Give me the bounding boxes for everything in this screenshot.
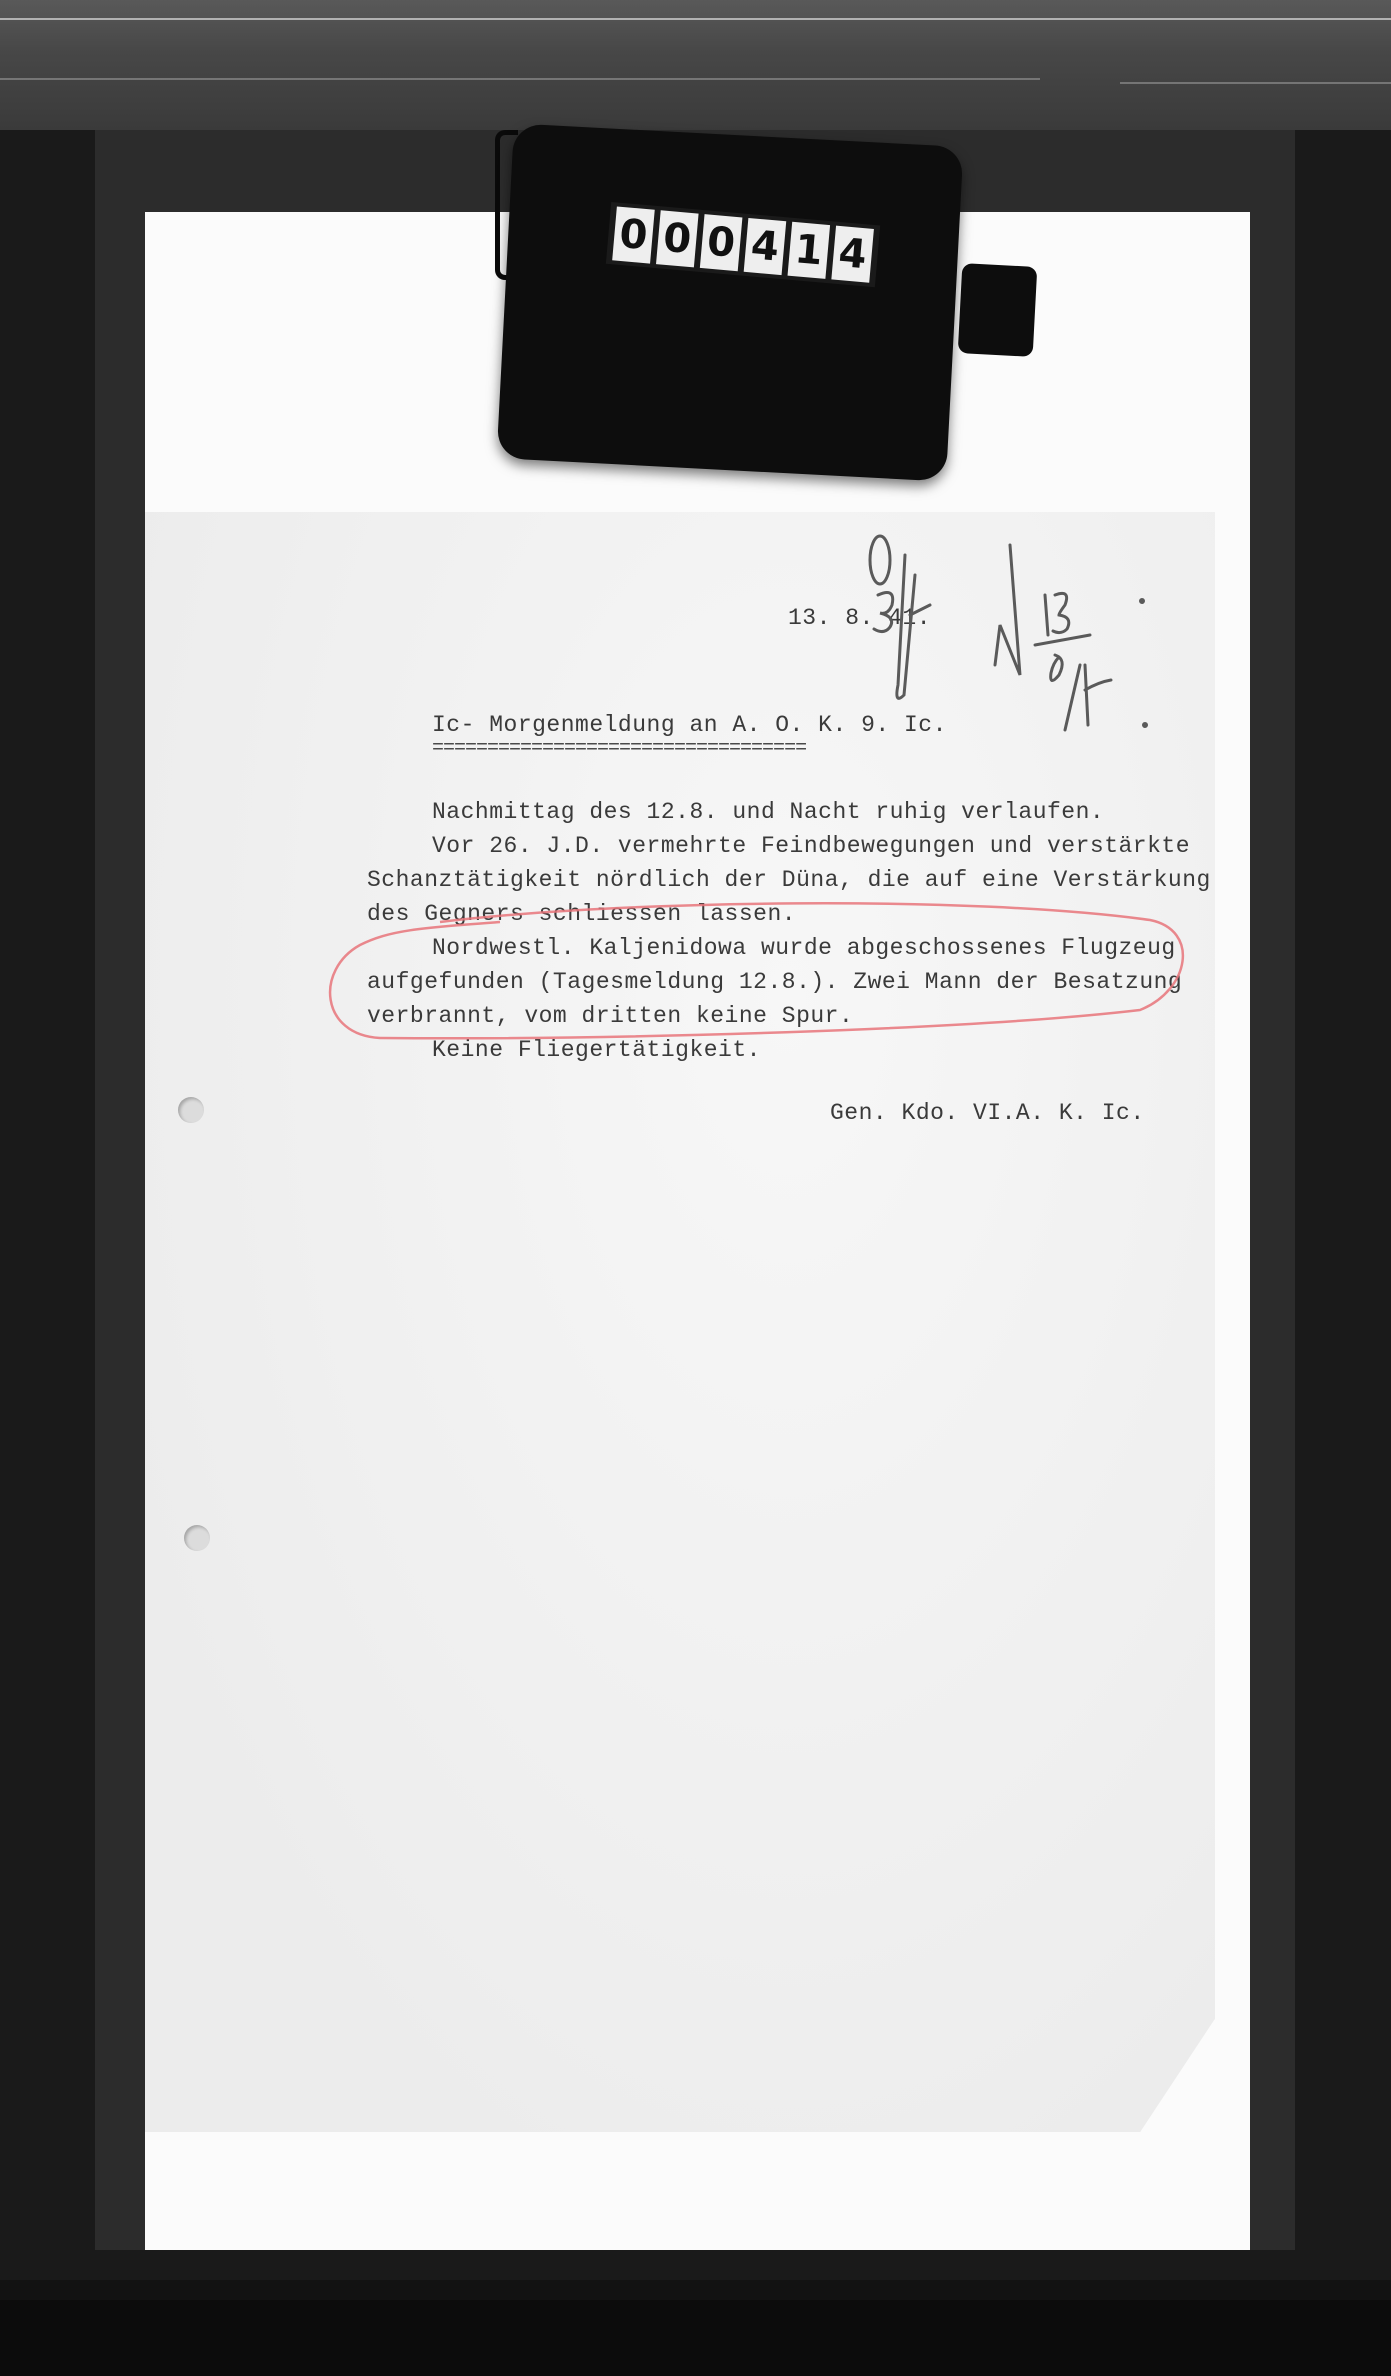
heading-underline: ================================== xyxy=(432,737,806,760)
counter-digit: 0 xyxy=(700,214,743,271)
punch-hole xyxy=(184,1525,210,1551)
counter-digit: 0 xyxy=(656,210,699,267)
highlighted-paragraph-line: aufgefunden (Tagesmeldung 12.8.). Zwei M… xyxy=(367,965,1182,999)
paragraph-line: Keine Fliegertätigkeit. xyxy=(432,1033,761,1067)
film-bottom-band xyxy=(0,2300,1391,2376)
paragraph-line: Schanztätigkeit nördlich der Düna, die a… xyxy=(367,863,1211,897)
highlighted-paragraph-line: verbrannt, vom dritten keine Spur. xyxy=(367,999,853,1033)
signature-block: Gen. Kdo. VI.A. K. Ic. xyxy=(830,1100,1145,1126)
counter-display: 0 0 0 4 1 4 xyxy=(606,202,880,287)
counter-digit: 0 xyxy=(612,206,655,263)
film-scratch xyxy=(0,18,1391,20)
counter-digit: 4 xyxy=(831,226,874,283)
counter-digit: 1 xyxy=(788,222,831,279)
paragraph-line: Vor 26. J.D. vermehrte Feindbewegungen u… xyxy=(432,829,1190,863)
film-scratch xyxy=(1120,82,1391,84)
highlighted-paragraph-line: Nordwestl. Kaljenidowa wurde abgeschosse… xyxy=(432,931,1176,965)
paragraph-line: des Gegners schliessen lassen. xyxy=(367,897,796,931)
counter-digit: 4 xyxy=(744,218,787,275)
film-scratch xyxy=(0,78,1040,80)
frame-counter-device: 0 0 0 4 1 4 xyxy=(497,123,964,481)
punch-hole xyxy=(178,1097,204,1123)
paragraph-line: Nachmittag des 12.8. und Nacht ruhig ver… xyxy=(432,795,1104,829)
counter-knob xyxy=(958,263,1038,357)
report-heading: Ic- Morgenmeldung an A. O. K. 9. Ic. xyxy=(432,712,947,738)
